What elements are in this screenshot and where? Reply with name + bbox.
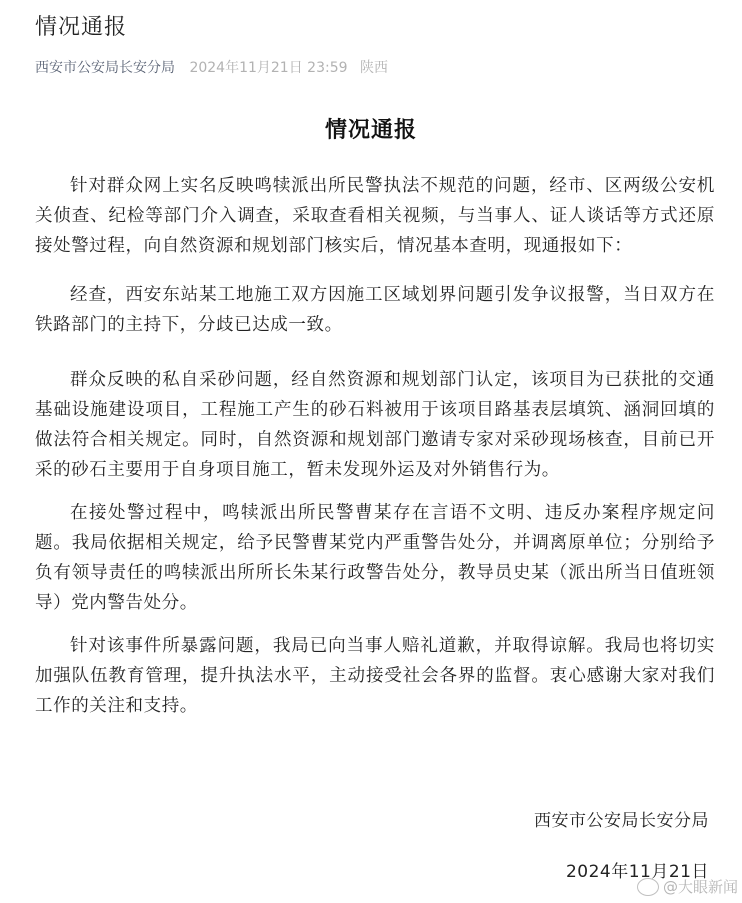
paragraph-5: 针对该事件所暴露问题，我局已向当事人赔礼道歉，并取得谅解。我局也将切实加强队伍教… [35, 631, 715, 721]
signature: 西安市公安局长安分局 [534, 806, 709, 831]
weibo-icon [637, 878, 659, 896]
author-link[interactable]: 西安市公安局长安分局 [35, 60, 175, 76]
paragraph-2: 经查，西安东站某工地施工双方因施工区域划界问题引发争议报警，当日双方在铁路部门的… [35, 280, 715, 340]
paragraph-1: 针对群众网上实名反映鸣犊派出所民警执法不规范的问题，经市、区两级公安机关侦查、纪… [35, 171, 715, 261]
watermark: @大眼新闻 [637, 876, 738, 897]
page-title: 情况通报 [35, 10, 127, 41]
article-meta: 西安市公安局长安分局 2024年11月21日 23:59 陕西 [35, 57, 388, 77]
publish-time: 2024年11月21日 23:59 [189, 60, 347, 76]
document-title: 情况通报 [0, 113, 742, 144]
watermark-text: @大眼新闻 [663, 876, 738, 897]
location: 陕西 [360, 60, 388, 76]
paragraph-4: 在接处警过程中，鸣犊派出所民警曹某存在言语不文明、违反办案程序规定问题。我局依据… [35, 498, 715, 618]
paragraph-3: 群众反映的私自采砂问题，经自然资源和规划部门认定，该项目为已获批的交通基础设施建… [35, 365, 715, 485]
